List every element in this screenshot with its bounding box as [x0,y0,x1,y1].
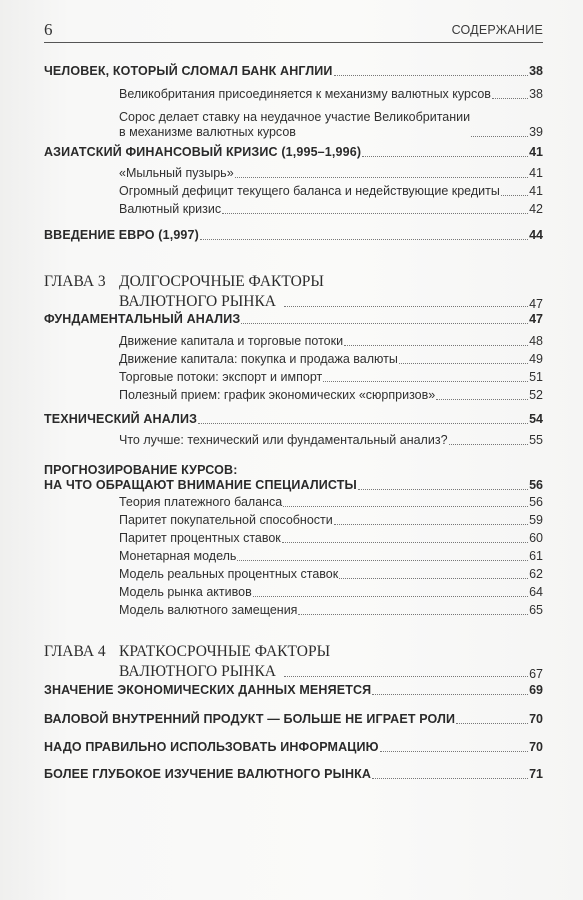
dot-leader [334,524,528,525]
toc-section: НАДО ПРАВИЛЬНО ИСПОЛЬЗОВАТЬ ИНФОРМАЦИЮ70 [44,740,543,755]
page-header: 6 СОДЕРЖАНИЕ [44,20,543,43]
toc-subsection: Движение капитала и торговые потоки48 [119,334,543,349]
chapter-label: ГЛАВА 3 [44,273,106,291]
toc-section: ЗНАЧЕНИЕ ЭКОНОМИЧЕСКИХ ДАННЫХ МЕНЯЕТСЯ69 [44,683,543,698]
toc-subsection: Модель реальных процентных ставок62 [119,567,543,582]
dot-leader [235,177,528,178]
toc-section: ТЕХНИЧЕСКИЙ АНАЛИЗ54 [44,412,543,427]
dot-leader [456,723,528,724]
chapter-title: КРАТКОСРОЧНЫЕ ФАКТОРЫ [119,643,330,661]
dot-leader [436,399,528,400]
dot-leader [362,156,528,157]
toc-section: ВАЛОВОЙ ВНУТРЕННИЙ ПРОДУКТ — БОЛЬШЕ НЕ И… [44,712,543,727]
dot-leader [241,323,528,324]
toc-subsection: Теория платежного баланса56 [119,495,543,510]
toc-subsection: Движение капитала: покупка и продажа вал… [119,352,543,367]
chapter-label: ГЛАВА 4 [44,643,106,661]
toc-subsection: Модель рынка активов64 [119,585,543,600]
chapter-title-cont: ВАЛЮТНОГО РЫНКА [119,293,276,311]
dot-leader [282,542,528,543]
book-page: 6 СОДЕРЖАНИЕ ЧЕЛОВЕК, КОТОРЫЙ СЛОМАЛ БАН… [0,0,583,900]
toc-subsection: Полезный прием: график экономических «сю… [119,388,543,403]
dot-leader [372,694,528,695]
toc-subsection: «Мыльный пузырь»41 [119,166,543,181]
dot-leader [253,596,528,597]
toc-subsection: Огромный дефицит текущего баланса и неде… [119,184,543,199]
dot-leader [399,363,528,364]
dot-leader [471,136,528,137]
dot-leader [200,239,528,240]
toc-subsection: Валютный кризис42 [119,202,543,217]
toc-section: ПРОГНОЗИРОВАНИЕ КУРСОВ: НА ЧТО ОБРАЩАЮТ … [44,461,543,493]
toc-subsection: Монетарная модель61 [119,549,543,564]
dot-leader [298,614,528,615]
toc-subsection: Модель валютного замещения65 [119,603,543,618]
toc-section: АЗИАТСКИЙ ФИНАНСОВЫЙ КРИЗИС (1,995–1,996… [44,145,543,160]
toc-section: БОЛЕЕ ГЛУБОКОЕ ИЗУЧЕНИЕ ВАЛЮТНОГО РЫНКА7… [44,767,543,782]
dot-leader [323,381,528,382]
toc-subsection: Торговые потоки: экспорт и импорт51 [119,370,543,385]
dot-leader [380,751,528,752]
toc-subsection: Паритет процентных ставок60 [119,531,543,546]
toc-subsection: Паритет покупательной способности59 [119,513,543,528]
chapter-title: ДОЛГОСРОЧНЫЕ ФАКТОРЫ [119,273,324,291]
toc-subsection: Сорос делает ставку на неудачное участие… [119,108,543,140]
running-head: СОДЕРЖАНИЕ [452,23,543,37]
toc-subsection: Что лучше: технический или фундаментальн… [119,433,543,448]
dot-leader [334,75,529,76]
dot-leader [492,98,528,99]
dot-leader [358,489,528,490]
toc-section: ФУНДАМЕНТАЛЬНЫЙ АНАЛИЗ47 [44,312,543,327]
dot-leader [284,306,528,307]
dot-leader [339,578,528,579]
dot-leader [283,506,528,507]
dot-leader [237,560,528,561]
dot-leader [372,778,528,779]
dot-leader [222,213,528,214]
dot-leader [501,195,528,196]
toc-section: ЧЕЛОВЕК, КОТОРЫЙ СЛОМАЛ БАНК АНГЛИИ38 [44,64,543,79]
toc-subsection: Великобритания присоединяется к механизм… [119,87,543,102]
toc-section: ВВЕДЕНИЕ ЕВРО (1,997)44 [44,228,543,243]
dot-leader [344,345,528,346]
chapter-title-cont: ВАЛЮТНОГО РЫНКА [119,663,276,681]
page-number: 6 [44,20,53,40]
dot-leader [198,423,528,424]
dot-leader [284,676,528,677]
dot-leader [449,444,529,445]
